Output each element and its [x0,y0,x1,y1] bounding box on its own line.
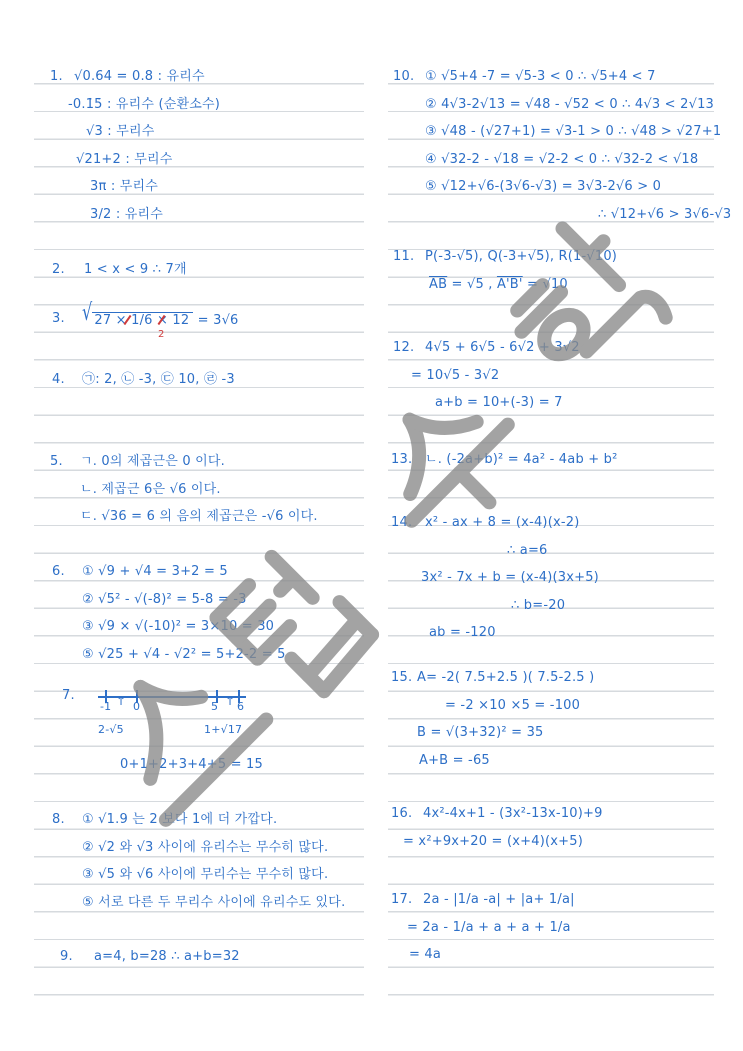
number-line: -1 0 5 6 ↑ ↑ 2-√5 1+√17 [98,684,258,744]
radical-sign: √ [82,293,92,333]
solution-line: -0.1̇5̇ : 유리수 (순환소수) [50,91,220,119]
solution-line: A= -2( 7.5+2.5 )( 7.5-2.5 ) [391,664,594,692]
problem-12: 12. 4√5 + 6√5 - 6√2 + 3√2 = 10√5 - 3√2 a… [393,334,580,417]
solution-line: = x²+9x+20 = (x+4)(x+5) [391,828,603,856]
solution-line: ㄷ. √36 = 6 의 음의 제곱근은 -√6 이다. [50,503,318,531]
solution-line: √21+2 : 무리수 [50,146,220,174]
problem-16: 16. 4x²-4x+1 - (3x²-13x-10)+9 = x²+9x+20… [391,800,603,855]
segment-value: = √5 , [447,277,497,292]
solution-line: 2a - |1/a -a| + |a+ 1/a| [391,886,575,914]
solution-line: ③ √48 - (√27+1) = √3-1 > 0 ∴ √48 > √27+1 [393,118,731,146]
solution-line: ㉠: 2, ㉡ -3, ㉢ 10, ㉣ -3 [52,366,235,394]
solution-line: ② 4√3-2√13 = √48 - √52 < 0 ∴ 4√3 < 2√13 [393,91,731,119]
solution-line: 3/2 : 유리수 [50,201,220,229]
solution-line: = -2 ×10 ×5 = -100 [391,692,594,720]
tick-label: -1 [100,700,111,713]
problem-9: 9. a=4, b=28 ∴ a+b=32 [60,943,240,971]
solution-line: ∴ b=-20 [391,592,599,620]
problem-number: 7. [62,682,75,710]
segment-value: = √10 [523,277,568,292]
problem-11: 11. P(-3-√5), Q(-3+√5), R(1-√10) AB = √5… [393,243,617,298]
solution-line: 3x² - 7x + b = (x-4)(3x+5) [391,564,599,592]
solution-line: ④ √32-2 - √18 = √2-2 < 0 ∴ √32-2 < √18 [393,146,731,174]
solution-line: P(-3-√5), Q(-3+√5), R(1-√10) [393,243,617,271]
solution-line: ① √5+4 -7 = √5-3 < 0 ∴ √5+4 < 7 [393,63,731,91]
result: = 3√6 [198,313,239,328]
solution-line: a=4, b=28 ∴ a+b=32 [60,943,240,971]
solution-line: ③ √5 와 √6 사이에 무리수는 무수히 많다. [52,861,345,889]
solution-line: 4√5 + 6√5 - 6√2 + 3√2 [393,334,580,362]
solution-line: √3 : 무리수 [50,118,220,146]
solution-line: ① √9 + √4 = 3+2 = 5 [52,558,286,586]
solution-line: a+b = 10+(-3) = 7 [393,389,580,417]
solution-line: ⑤ √12+√6-(3√6-√3) = 3√3-2√6 > 0 [393,173,731,201]
problem-1: 1. √0.64 = 0.8 : 유리수 -0.1̇5̇ : 유리수 (순환소수… [50,63,220,229]
solution-line: 3π : 무리수 [50,173,220,201]
cancel-value: 2 [158,321,165,349]
solution-line: ② √2 와 √3 사이에 유리수는 무수히 많다. [52,834,345,862]
solution-line: ③ √9 × √(-10)² = 3×10 = 30 [52,613,286,641]
solution-line: ① √1.9 는 2 보다 1에 더 가깝다. [52,806,345,834]
solution-line: ab = -120 [391,619,599,647]
solution-line: = 4a [391,941,575,969]
solution-line: ② √5² - √(-8)² = 5-8 = -3 [52,586,286,614]
solution-line: ⑤ √25 + √4 - √2² = 5+2-2 = 5 [52,641,286,669]
problem-5: 5. ㄱ. 0의 제곱근은 0 이다. ㄴ. 제곱근 6은 √6 이다. ㄷ. … [50,448,318,531]
problem-14: 14. x² - ax + 8 = (x-4)(x-2) ∴ a=6 3x² -… [391,509,599,647]
solution-line: x² - ax + 8 = (x-4)(x-2) [391,509,599,537]
solution-line: ⑤ 서로 다른 두 무리수 사이에 유리수도 있다. [52,889,345,917]
segment-name: A'B' [497,277,523,292]
solution-line: ∴ a=6 [391,537,599,565]
arrow-up-icon: ↑ [116,695,126,707]
radicand: 27 × 1/6 × 12 [92,312,193,328]
problem-3: 3. √27 × 1/6 × 12 = 3√6 2 [52,305,239,335]
solution-line: ∴ √12+√6 > 3√6-√3 [393,201,731,229]
solution-line: 4x²-4x+1 - (3x²-13x-10)+9 [391,800,603,828]
notebook-page: 1. √0.64 = 0.8 : 유리수 -0.1̇5̇ : 유리수 (순환소수… [0,0,743,1051]
solution-line: ㄱ. 0의 제곱근은 0 이다. [50,448,318,476]
segment-name: AB [429,277,447,292]
problem-15: 15. A= -2( 7.5+2.5 )( 7.5-2.5 ) = -2 ×10… [391,664,594,774]
tick-label: 6 [237,700,244,713]
solution-line: √0.64 = 0.8 : 유리수 [50,63,220,91]
tick-label: 5 [211,700,218,713]
problem-13: 13. ㄴ. (-2a+b)² = 4a² - 4ab + b² [391,446,618,474]
problem-6: 6. ① √9 + √4 = 3+2 = 5 ② √5² - √(-8)² = … [52,558,286,668]
tick-label: 0 [133,700,140,713]
point-label: 1+√17 [204,724,242,736]
arrow-up-icon: ↑ [225,695,235,707]
solution-line: AB = √5 , A'B' = √10 [393,271,617,299]
solution-line: ㄴ. 제곱근 6은 √6 이다. [50,476,318,504]
solution-line: 1 < x < 9 ∴ 7개 [52,256,187,284]
problem-8: 8. ① √1.9 는 2 보다 1에 더 가깝다. ② √2 와 √3 사이에… [52,806,345,916]
solution-line: = 2a - 1/a + a + a + 1/a [391,914,575,942]
solution-line: ㄴ. (-2a+b)² = 4a² - 4ab + b² [391,446,618,474]
solution-line: A+B = -65 [391,747,594,775]
problem-2: 2. 1 < x < 9 ∴ 7개 [52,256,187,284]
problem-10: 10. ① √5+4 -7 = √5-3 < 0 ∴ √5+4 < 7 ② 4√… [393,63,731,229]
solution-line: = 10√5 - 3√2 [393,362,580,390]
problem-17: 17. 2a - |1/a -a| + |a+ 1/a| = 2a - 1/a … [391,886,575,969]
solution-line: 0+1+2+3+4+5 = 15 [120,751,263,779]
solution-line: B = √(3+32)² = 35 [391,719,594,747]
point-label: 2-√5 [98,724,124,736]
problem-4: 4. ㉠: 2, ㉡ -3, ㉢ 10, ㉣ -3 [52,366,235,394]
